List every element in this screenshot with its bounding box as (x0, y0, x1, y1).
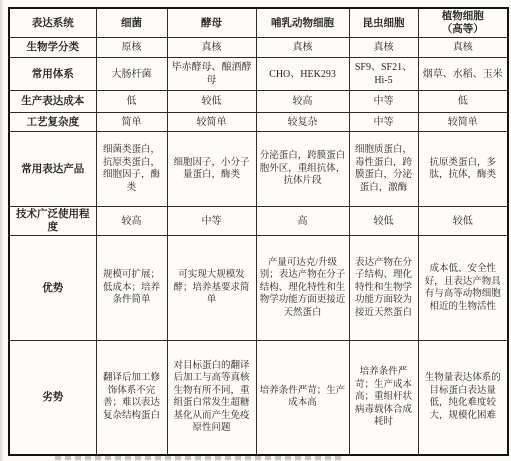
table-row-process-complexity: 工艺复杂度 简单 较简单 较复杂 中等 较简单 (9, 113, 508, 132)
table-cell: 较高 (256, 91, 349, 113)
table-cell: 较低 (167, 91, 256, 113)
column-header-bacteria: 细菌 (96, 8, 167, 38)
table-cell: 高 (256, 207, 349, 236)
table-cell: 细菌类蛋白，抗原类蛋白，细胞因子，酶类 (96, 132, 167, 207)
table-cell: 中等 (349, 113, 418, 132)
table-cell: 生物量表达体系的目标蛋白表达量低，纯化难度较大，规模化困难 (418, 341, 508, 455)
table-cell: 产量可达克/升级别；表达产物在分子结构、理化特性和生物学功能方面更接近天然蛋白 (256, 236, 349, 341)
row-label: 工艺复杂度 (9, 113, 96, 132)
table-cell: 较复杂 (256, 113, 349, 132)
table-cell: 原核 (96, 38, 167, 58)
row-label: 技术广泛使用程度 (9, 207, 96, 236)
table-row-advantages: 优势 规模可扩展；低成本；培养条件简单 可实现大规模发酵；培养基要求简单 产量可… (9, 236, 508, 341)
table-row-disadvantages: 劣势 翻译后加工修饰体系不完善；难以表达复杂结构蛋白 对目标蛋白的翻译后加工与高… (9, 341, 508, 455)
table-cell: 低 (418, 91, 508, 113)
table-row-common-products: 常用表达产品 细菌类蛋白，抗原类蛋白，细胞因子，酶类 细胞因子，小分子量蛋白，酶… (9, 132, 508, 207)
table-cell: 分泌蛋白，跨膜蛋白胞外区，重组抗体，抗体片段 (256, 132, 349, 207)
table-cell: 成本低、安全性好，且表达产物具有与高等动物细胞相近的生物活性 (418, 236, 508, 341)
table-cell: 简单 (96, 113, 167, 132)
table-cell: 对目标蛋白的翻译后加工与高等真核生物有所不同，重组蛋白常发生超糖基化从而产生免疫… (167, 341, 256, 455)
table-cell: 中等 (167, 207, 256, 236)
table-cell: 翻译后加工修饰体系不完善；难以表达复杂结构蛋白 (96, 341, 167, 455)
table-cell: 毕赤酵母、酿酒酵母 (167, 58, 256, 91)
table-cell: 可实现大规模发酵；培养基要求简单 (167, 236, 256, 341)
scanned-document-page: 表达系统 细菌 酵母 哺乳动物细胞 昆虫细胞 植物细胞 （高等） 生物学分类 原… (0, 0, 511, 461)
column-header-yeast: 酵母 (167, 8, 256, 38)
table-cell: 烟草、水稻、玉米 (418, 58, 508, 91)
table-cell: 细胞质蛋白，毒性蛋白，跨膜蛋白，分泌蛋白，激酶 (349, 132, 418, 207)
row-label: 优势 (9, 236, 96, 341)
table-cell: CHO、HEK293 (256, 58, 349, 91)
table-cell: 真核 (349, 38, 418, 58)
column-header-plant-cells: 植物细胞 （高等） (418, 8, 508, 38)
table-row-biological-classification: 生物学分类 原核 真核 真核 真核 真核 (9, 38, 508, 58)
column-header-insect-cells: 昆虫细胞 (349, 8, 418, 38)
table-cell: 较简单 (418, 113, 508, 132)
row-label: 劣势 (9, 341, 96, 455)
table-cell: 较低 (349, 207, 418, 236)
table-cell: 规模可扩展；低成本；培养条件简单 (96, 236, 167, 341)
table-cell: 中等 (349, 91, 418, 113)
table-cell: 培养条件严苛；生产成本高；重组杆状病毒载体合成耗时 (349, 341, 418, 455)
table-row-common-systems: 常用体系 大肠杆菌 毕赤酵母、酿酒酵母 CHO、HEK293 SF9、SF21、… (9, 58, 508, 91)
table-cell: 较低 (418, 207, 508, 236)
expression-systems-comparison-table: 表达系统 细菌 酵母 哺乳动物细胞 昆虫细胞 植物细胞 （高等） 生物学分类 原… (8, 7, 509, 456)
table-cell: 较简单 (167, 113, 256, 132)
table-cell: SF9、SF21、Hi-5 (349, 58, 418, 91)
table-cell: 细胞因子，小分子量蛋白，酶类 (167, 132, 256, 207)
row-label: 常用表达产品 (9, 132, 96, 207)
column-header-mammalian-cells: 哺乳动物细胞 (256, 8, 349, 38)
row-label: 生产表达成本 (9, 91, 96, 113)
table-cell: 培养条件严苛；生产成本高 (256, 341, 349, 455)
table-cell: 真核 (418, 38, 508, 58)
table-cell: 低 (96, 91, 167, 113)
table-header-row: 表达系统 细菌 酵母 哺乳动物细胞 昆虫细胞 植物细胞 （高等） (9, 8, 508, 38)
table-cell: 大肠杆菌 (96, 58, 167, 91)
row-label: 常用体系 (9, 58, 96, 91)
table-cell: 抗原类蛋白，多肽，抗体，酶类 (418, 132, 508, 207)
column-header-expression-system: 表达系统 (9, 8, 96, 38)
table-cell: 较高 (96, 207, 167, 236)
cut-off-caption-strip (55, 456, 345, 460)
row-label: 生物学分类 (9, 38, 96, 58)
table-row-technology-usage-level: 技术广泛使用程度 较高 中等 高 较低 较低 (9, 207, 508, 236)
table-cell: 表达产物在分子结构、理化特性和生物学功能方面较为接近天然蛋白 (349, 236, 418, 341)
table-cell: 真核 (256, 38, 349, 58)
table-row-production-cost: 生产表达成本 低 较低 较高 中等 低 (9, 91, 508, 113)
table-cell: 真核 (167, 38, 256, 58)
